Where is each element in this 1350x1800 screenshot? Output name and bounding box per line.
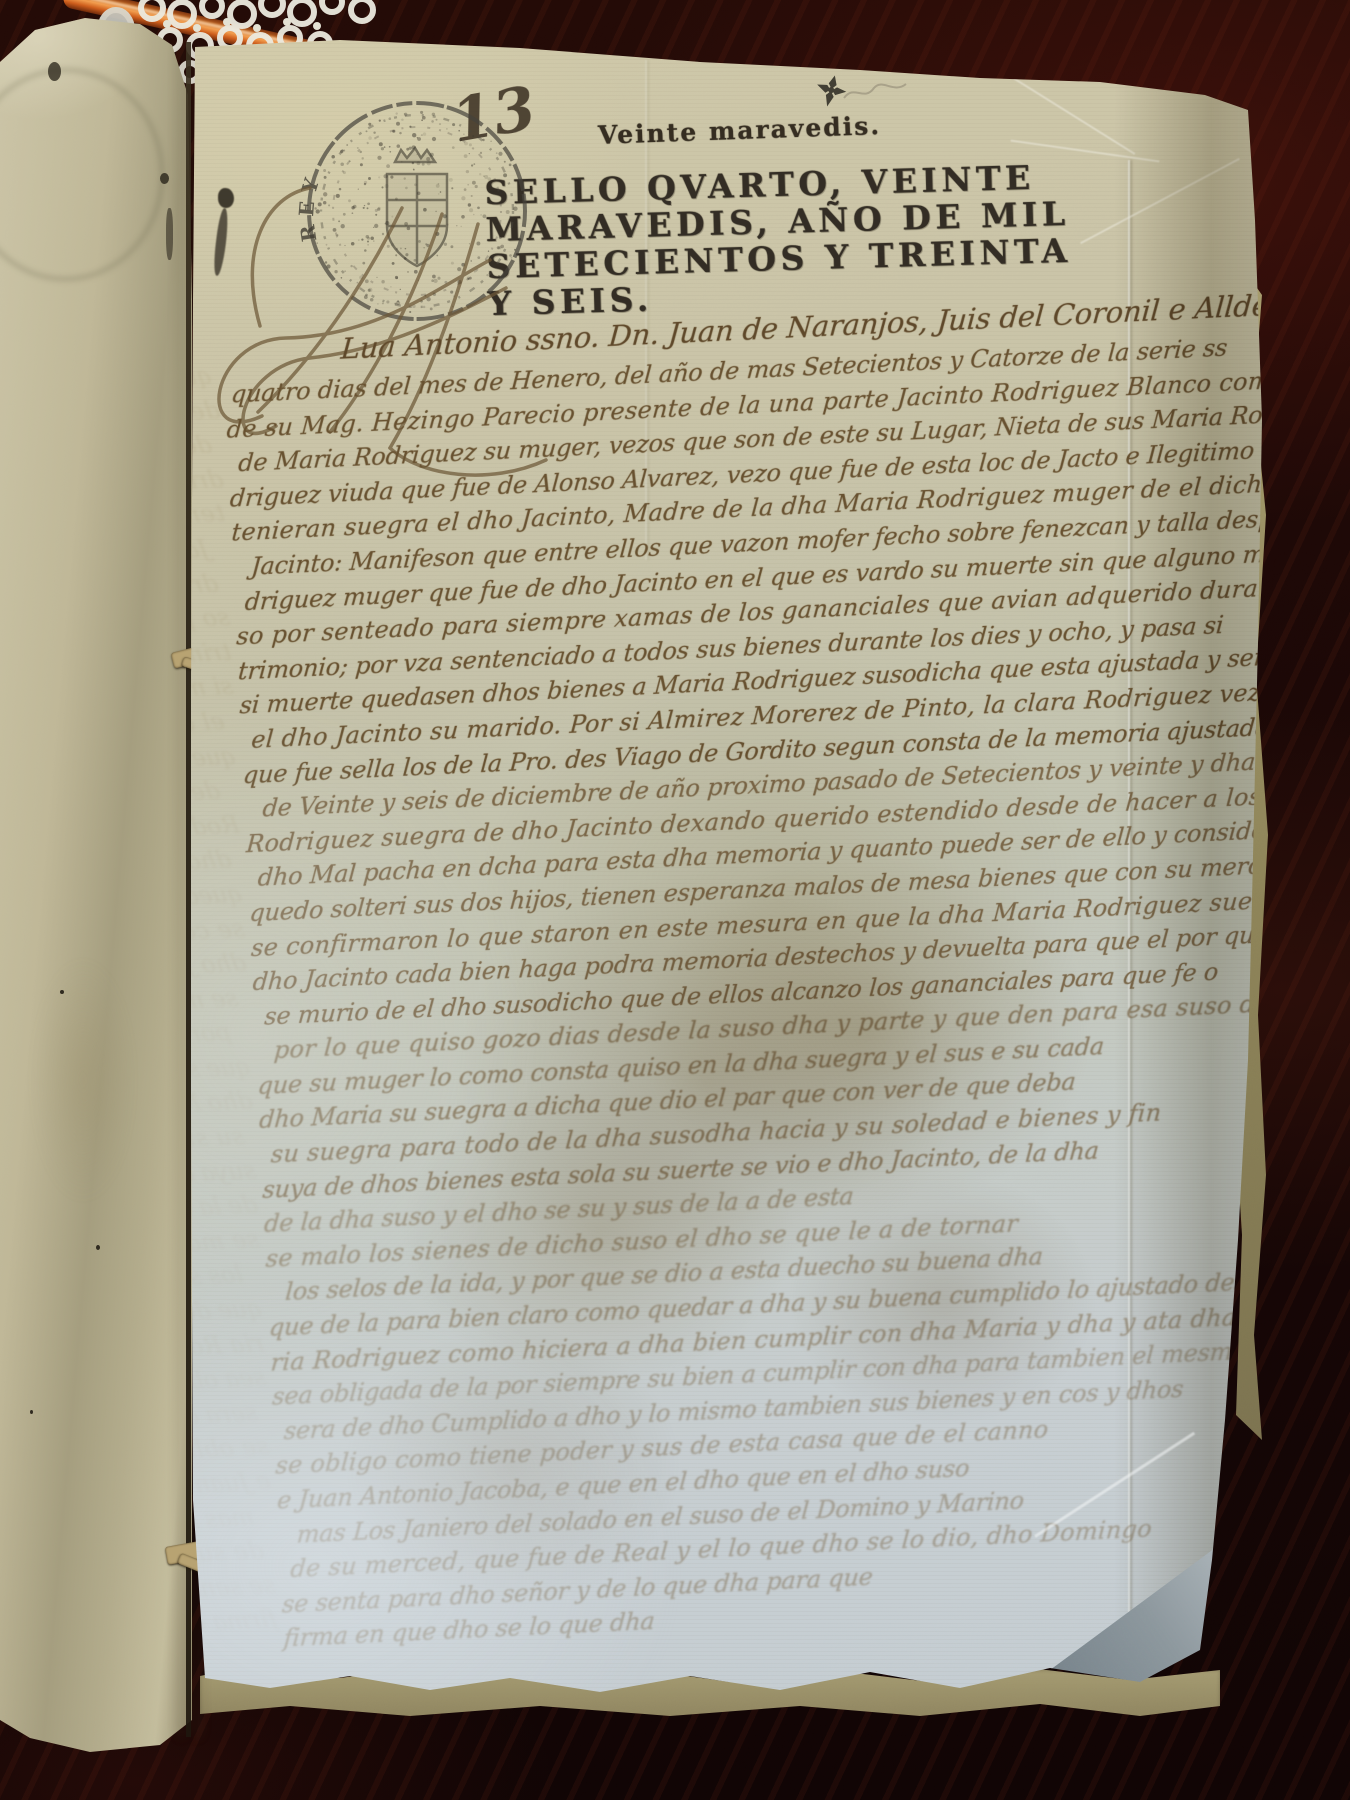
recto-page: 13 Veinte maravedis. SELLO QVARTO, VEINT… [190, 30, 1265, 1700]
faint-scribble [840, 76, 910, 106]
binding-gutter [186, 42, 191, 1737]
manuscript-text: Lua Antonio ssno. Dn. Juan de Naranjos, … [222, 283, 1288, 1657]
ink-speck [160, 173, 169, 184]
verso-page [0, 0, 195, 1760]
verso-stain [18, 920, 148, 1240]
ink-blot [218, 188, 234, 208]
ink-streak [166, 208, 173, 260]
ink-speck [96, 1245, 100, 1250]
ink-speck [60, 990, 64, 994]
seal-bleedthrough-mark [0, 68, 164, 281]
ink-speck [48, 62, 61, 81]
photo-stage: 13 Veinte maravedis. SELLO QVARTO, VEINT… [0, 0, 1350, 1800]
ink-speck [30, 1410, 33, 1414]
crease-line [1080, 158, 1240, 244]
